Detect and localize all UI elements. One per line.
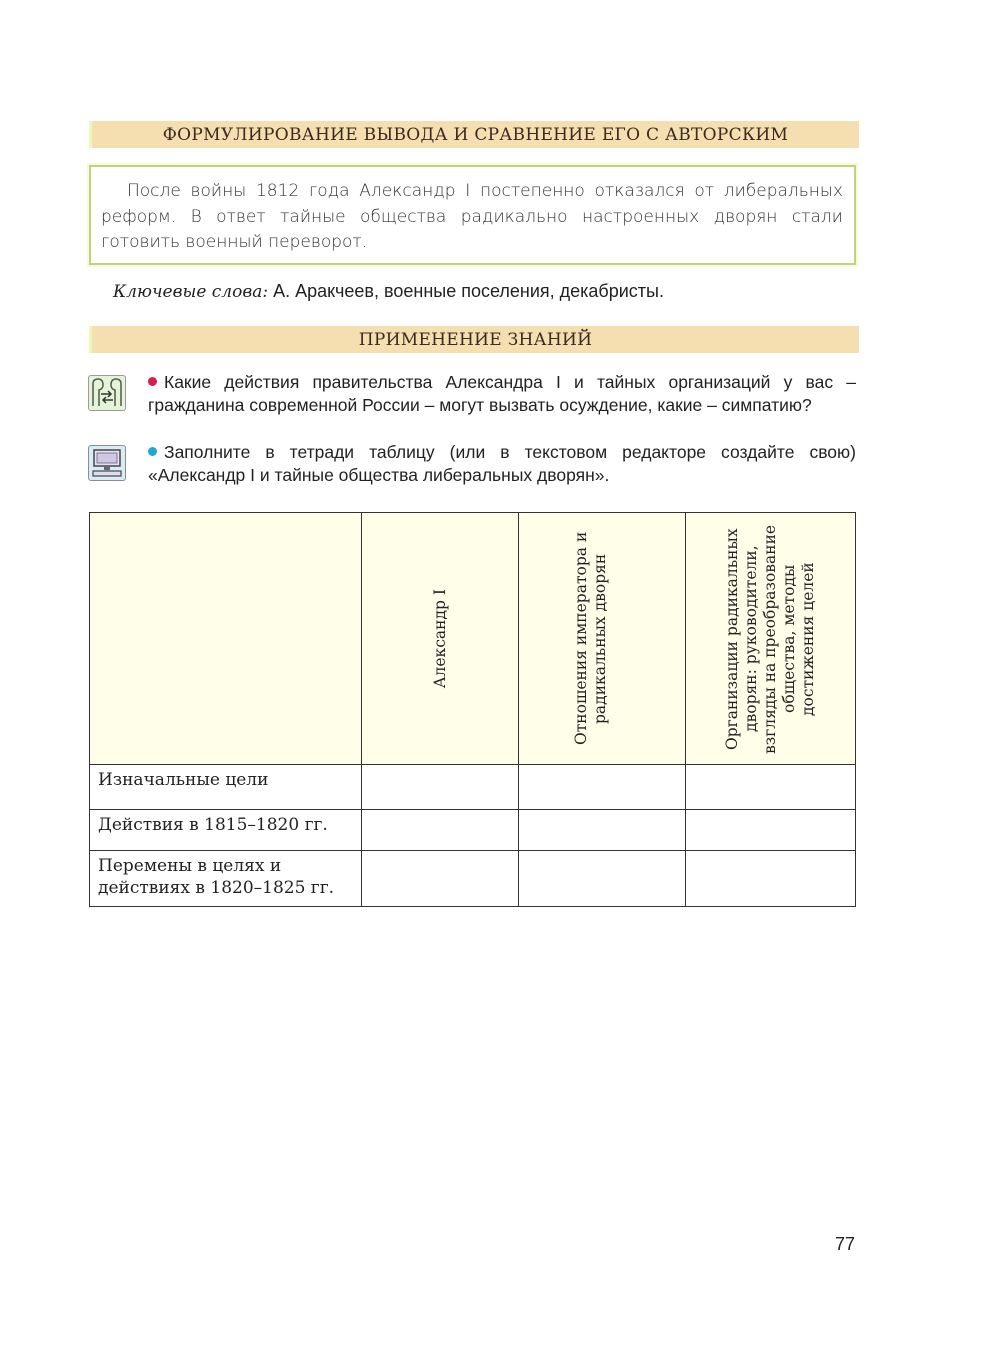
discussion-icon <box>88 375 126 411</box>
table-row: Действия в 1815–1820 гг. <box>90 810 856 851</box>
column-header-text: Отношения императора и радикальных дворя… <box>572 513 632 764</box>
table-cell <box>519 851 686 907</box>
row-label: Перемены в целях и действиях в 1820–1825… <box>90 851 362 907</box>
table-cell <box>519 810 686 851</box>
task-text: Заполните в тетради таблицу (или в текст… <box>148 442 856 485</box>
table-cell <box>362 765 519 810</box>
fill-in-table: Александр I Отношения императора и радик… <box>89 512 856 907</box>
table-column-header: Александр I <box>362 513 519 765</box>
table-cell <box>519 765 686 810</box>
row-label: Действия в 1815–1820 гг. <box>90 810 362 851</box>
bullet-icon <box>148 377 157 386</box>
task-item: Какие действия правительства Александра … <box>148 371 856 417</box>
conclusion-box: После войны 1812 года Александр I постеп… <box>89 165 856 265</box>
table-column-header: Отношения императора и радикальных дворя… <box>519 513 686 765</box>
table-corner-cell <box>90 513 362 765</box>
table-row: Перемены в целях и действиях в 1820–1825… <box>90 851 856 907</box>
table-cell <box>686 765 856 810</box>
column-header-text: Организации радикальных дворян: руководи… <box>723 520 818 758</box>
computer-icon <box>88 445 126 481</box>
keywords-text: А. Аракчеев, военные поселения, декабрис… <box>268 281 664 301</box>
conclusion-text: После войны 1812 года Александр I постеп… <box>101 179 843 256</box>
task-text: Какие действия правительства Александра … <box>148 372 856 415</box>
table-cell <box>686 810 856 851</box>
table-cell <box>362 810 519 851</box>
column-header-text: Александр I <box>431 589 450 688</box>
table-header-row: Александр I Отношения императора и радик… <box>90 513 856 765</box>
table-cell <box>362 851 519 907</box>
task-item: Заполните в тетради таблицу (или в текст… <box>148 441 856 487</box>
row-label: Изначальные цели <box>90 765 362 810</box>
table-column-header: Организации радикальных дворян: руководи… <box>686 513 856 765</box>
table-row: Изначальные цели <box>90 765 856 810</box>
section-title-apply-knowledge: ПРИМЕНЕНИЕ ЗНАНИЙ <box>89 326 859 353</box>
keywords-label: Ключевые слова: <box>113 282 268 302</box>
page-number: 77 <box>835 1234 855 1255</box>
bullet-icon <box>148 447 157 456</box>
section-title-conclusion: ФОРМУЛИРОВАНИЕ ВЫВОДА И СРАВНЕНИЕ ЕГО С … <box>89 121 859 148</box>
table-cell <box>686 851 856 907</box>
keywords-line: Ключевые слова: А. Аракчеев, военные пос… <box>113 281 664 302</box>
